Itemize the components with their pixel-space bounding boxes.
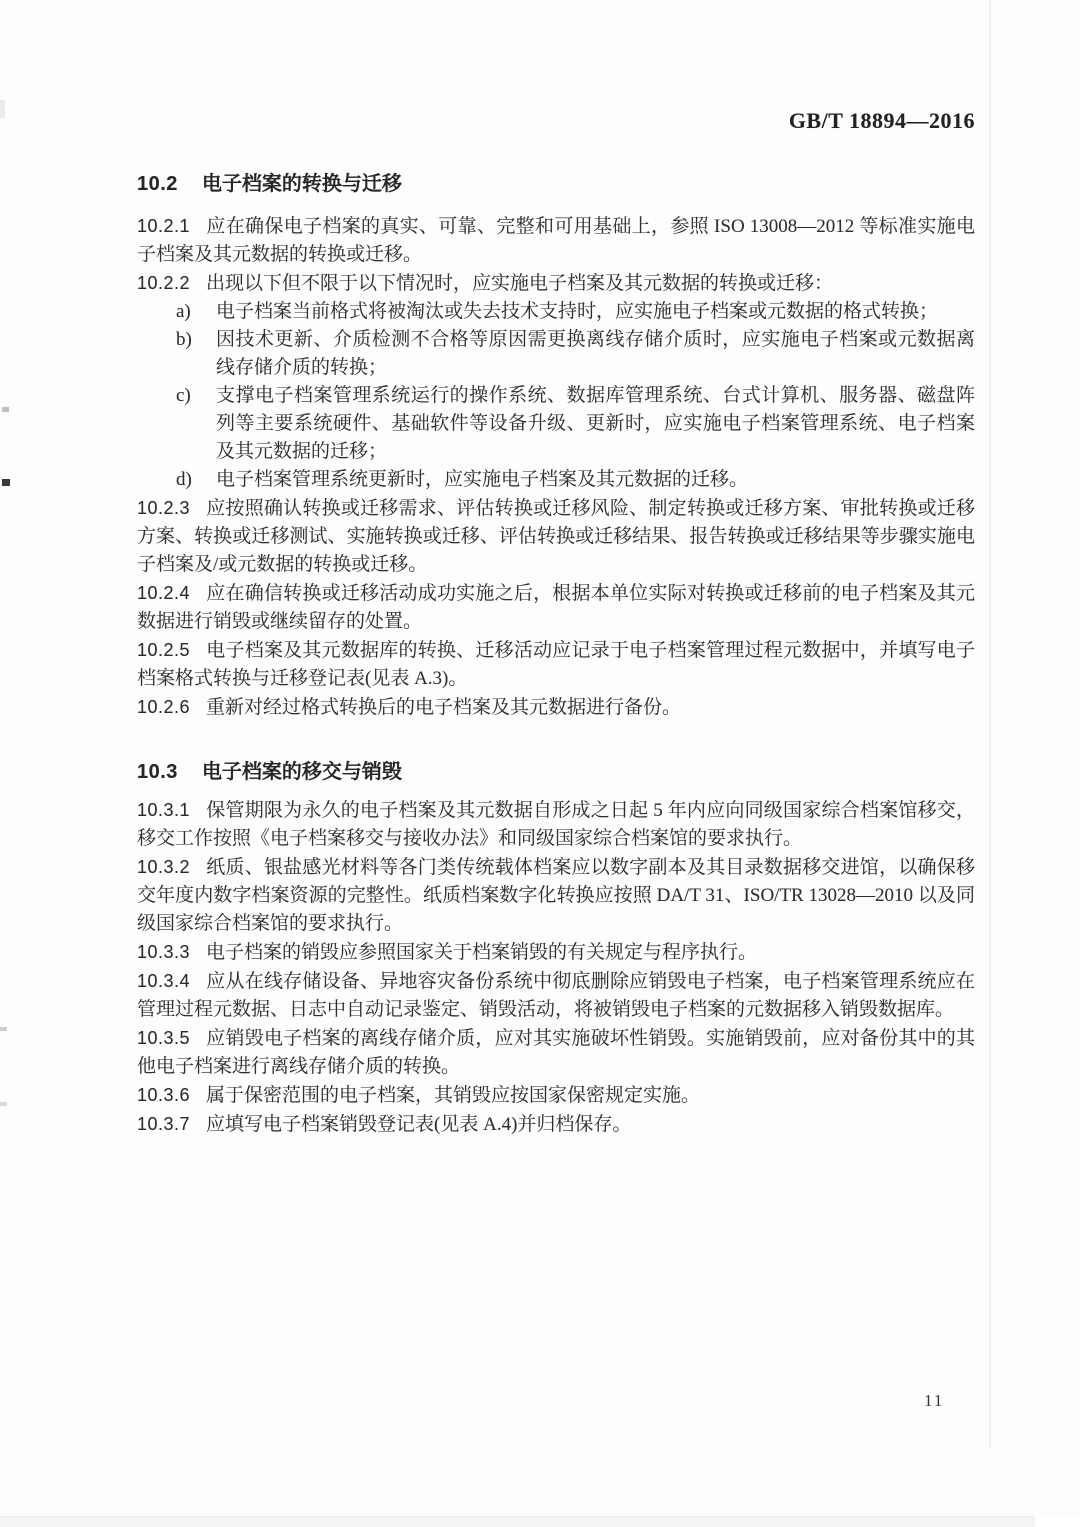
scan-artifact-bottom-notch: [1035, 1516, 1080, 1527]
list-item: b)因技术更新、介质检测不合格等原因需更换离线存储介质时，应实施电子档案或元数据…: [137, 326, 975, 382]
section-title: 电子档案的移交与销毁: [202, 761, 402, 783]
clause-text: 应销毁电子档案的离线存储介质，应对其实施破坏性销毁。实施销毁前，应对备份其中的其…: [137, 1028, 975, 1077]
clause: 10.2.3应按照确认转换或迁移需求、评估转换或迁移风险、制定转换或迁移方案、审…: [137, 494, 975, 579]
clause-text: 电子档案的销毁应参照国家关于档案销毁的有关规定与程序执行。: [206, 942, 757, 963]
document-page: GB/T 18894—2016 10.2电子档案的转换与迁移10.2.1应在确保…: [0, 0, 1080, 1527]
standard-number: GB/T 18894—2016: [789, 108, 975, 134]
clause: 10.3.1保管期限为永久的电子档案及其元数据自形成之日起 5 年内应向同级国家…: [137, 796, 975, 853]
clause: 10.3.6属于保密范围的电子档案，其销毁应按国家保密规定实施。: [137, 1081, 975, 1110]
section-number: 10.3: [137, 761, 178, 783]
clause-text: 电子档案及其元数据库的转换、迁移活动应记录于电子档案管理过程元数据中，并填写电子…: [137, 640, 975, 689]
document-content: 10.2电子档案的转换与迁移10.2.1应在确保电子档案的真实、可靠、完整和可用…: [137, 170, 975, 1139]
scan-artifact-dot: [0, 1102, 7, 1106]
scan-artifact-bottom-band: [0, 1516, 1080, 1527]
section-heading: 10.3电子档案的移交与销毁: [137, 758, 975, 786]
clause: 10.3.4应从在线存储设备、异地容灾备份系统中彻底删除应销毁电子档案，电子档案…: [137, 967, 975, 1024]
scan-artifact-dot: [2, 407, 9, 412]
list-item-text: 电子档案当前格式将被淘汰或失去技术支持时，应实施电子档案或元数据的格式转换；: [216, 301, 938, 322]
clause: 10.2.5电子档案及其元数据库的转换、迁移活动应记录于电子档案管理过程元数据中…: [137, 636, 975, 693]
clause-text: 属于保密范围的电子档案，其销毁应按国家保密规定实施。: [206, 1085, 700, 1106]
clause-text: 重新对经过格式转换后的电子档案及其元数据进行备份。: [206, 697, 681, 718]
clause-number: 10.2.1: [137, 216, 190, 236]
clause-text: 纸质、银盐感光材料等各门类传统载体档案应以数字副本及其目录数据移交进馆，以确保移…: [137, 857, 975, 934]
list-item: c)支撑电子档案管理系统运行的操作系统、数据库管理系统、台式计算机、服务器、磁盘…: [137, 382, 975, 466]
clause-number: 10.2.2: [137, 273, 190, 293]
clause: 10.3.2纸质、银盐感光材料等各门类传统载体档案应以数字副本及其目录数据移交进…: [137, 853, 975, 938]
clause-text: 应在确保电子档案的真实、可靠、完整和可用基础上，参照 ISO 13008—201…: [137, 216, 975, 265]
clause: 10.3.3电子档案的销毁应参照国家关于档案销毁的有关规定与程序执行。: [137, 938, 975, 967]
clause-text: 应在确信转换或迁移活动成功实施之后，根据本单位实际对转换或迁移前的电子档案及其元…: [137, 583, 975, 632]
section: 10.2电子档案的转换与迁移10.2.1应在确保电子档案的真实、可靠、完整和可用…: [137, 170, 975, 722]
clause-text: 应按照确认转换或迁移需求、评估转换或迁移风险、制定转换或迁移方案、审批转换或迁移…: [137, 498, 975, 575]
clause-number: 10.3.4: [137, 971, 190, 991]
list-item-text: 电子档案管理系统更新时，应实施电子档案及其元数据的迁移。: [216, 469, 748, 490]
list-item-marker: a): [176, 298, 191, 326]
list-item-text: 因技术更新、介质检测不合格等原因需更换离线存储介质时，应实施电子档案或元数据离线…: [216, 329, 975, 378]
page-number: 11: [924, 1391, 944, 1411]
clause: 10.2.2出现以下但不限于以下情况时，应实施电子档案及其元数据的转换或迁移：: [137, 269, 975, 298]
section-title: 电子档案的转换与迁移: [202, 173, 402, 195]
list-item-text: 支撑电子档案管理系统运行的操作系统、数据库管理系统、台式计算机、服务器、磁盘阵列…: [216, 385, 975, 462]
scan-artifact-dot: [2, 479, 10, 486]
clause-text: 保管期限为永久的电子档案及其元数据自形成之日起 5 年内应向同级国家综合档案馆移…: [137, 800, 975, 849]
section: 10.3电子档案的移交与销毁10.3.1保管期限为永久的电子档案及其元数据自形成…: [137, 758, 975, 1139]
clause-number: 10.2.5: [137, 640, 190, 660]
clause-number: 10.3.3: [137, 942, 190, 962]
list-item: d)电子档案管理系统更新时，应实施电子档案及其元数据的迁移。: [137, 466, 975, 494]
clause-text: 应从在线存储设备、异地容灾备份系统中彻底删除应销毁电子档案，电子档案管理系统应在…: [137, 971, 975, 1020]
list-item: a)电子档案当前格式将被淘汰或失去技术支持时，应实施电子档案或元数据的格式转换；: [137, 298, 975, 326]
clause: 10.2.6重新对经过格式转换后的电子档案及其元数据进行备份。: [137, 693, 975, 722]
clause-text: 出现以下但不限于以下情况时，应实施电子档案及其元数据的转换或迁移：: [206, 273, 833, 294]
list-item-marker: c): [176, 382, 191, 410]
clause-number: 10.3.1: [137, 800, 190, 820]
clause-number: 10.2.4: [137, 583, 190, 603]
section-number: 10.2: [137, 173, 178, 195]
clause-number: 10.2.3: [137, 498, 190, 518]
clause: 10.3.7应填写电子档案销毁登记表(见表 A.4)并归档保存。: [137, 1110, 975, 1139]
scan-artifact-edge-smudge: [0, 100, 5, 118]
section-heading: 10.2电子档案的转换与迁移: [137, 170, 975, 198]
clause: 10.2.4应在确信转换或迁移活动成功实施之后，根据本单位实际对转换或迁移前的电…: [137, 579, 975, 636]
clause-number: 10.2.6: [137, 697, 190, 717]
clause: 10.3.5应销毁电子档案的离线存储介质，应对其实施破坏性销毁。实施销毁前，应对…: [137, 1024, 975, 1081]
clause: 10.2.1应在确保电子档案的真实、可靠、完整和可用基础上，参照 ISO 130…: [137, 212, 975, 269]
scan-artifact-vertical-line: [989, 0, 991, 1447]
clause-text: 应填写电子档案销毁登记表(见表 A.4)并归档保存。: [206, 1114, 631, 1135]
clause-number: 10.3.6: [137, 1085, 190, 1105]
clause-list: a)电子档案当前格式将被淘汰或失去技术支持时，应实施电子档案或元数据的格式转换；…: [137, 298, 975, 494]
clause-number: 10.3.2: [137, 857, 190, 877]
list-item-marker: d): [176, 466, 192, 494]
scan-artifact-dot: [0, 1027, 7, 1031]
clause-number: 10.3.5: [137, 1028, 190, 1048]
clause-number: 10.3.7: [137, 1114, 190, 1134]
list-item-marker: b): [176, 326, 192, 354]
